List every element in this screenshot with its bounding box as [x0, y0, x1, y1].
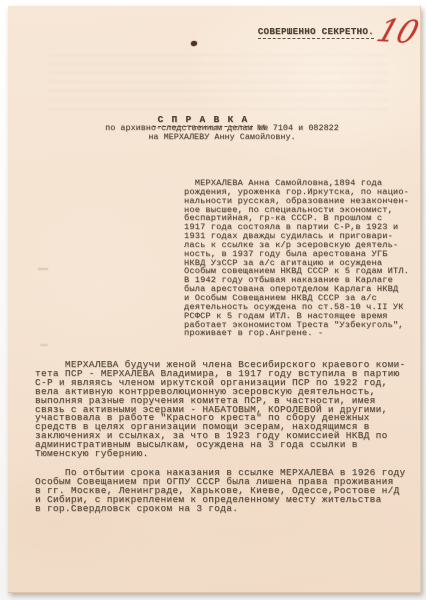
document-subtitle: по архивно-следственным делам №№ 7104 и …	[24, 124, 420, 143]
classification-stamp: СОВЕРШЕННО СЕКРЕТНО.	[258, 26, 374, 39]
paper-edge-marks	[38, 264, 52, 354]
ink-bleed-through	[48, 54, 388, 112]
scan-background: СОВЕРШЕННО СЕКРЕТНО. 10 С П Р А В К А по…	[0, 0, 426, 600]
document-page: СОВЕРШЕННО СЕКРЕТНО. 10 С П Р А В К А по…	[8, 6, 421, 593]
restriction-paragraph: По отбытии срока наказания в ссылке МЕРХ…	[35, 469, 417, 514]
activity-paragraph: МЕРХАЛЕВА будучи женой члена Всесибирско…	[35, 361, 417, 459]
ink-blot	[191, 41, 197, 46]
biography-paragraph: МЕРХАЛЕВА Анна Самойловна,1894 года рожд…	[184, 179, 416, 338]
handwritten-page-number: 10	[372, 13, 423, 51]
